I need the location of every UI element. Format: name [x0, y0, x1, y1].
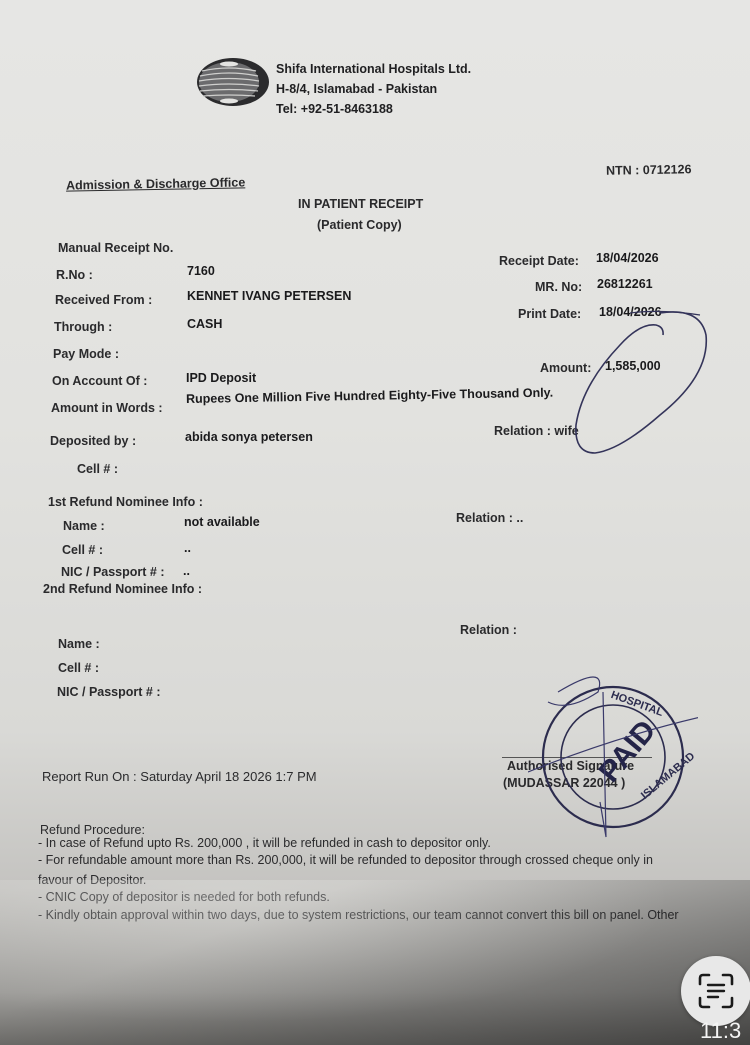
receipt-date-value: 18/04/2026 [596, 251, 659, 265]
nominee1-nic-value: .. [183, 564, 190, 578]
nominee1-relation: Relation : .. [456, 511, 523, 525]
signature-name: (MUDASSAR 22044 ) [503, 776, 625, 790]
relation-label: Relation : wife [494, 424, 579, 438]
signature-line [502, 757, 652, 758]
nominee1-cell-value: .. [184, 541, 191, 555]
hospital-tel: Tel: +92-51-8463188 [276, 99, 393, 119]
cell-label: Cell # : [77, 462, 118, 476]
amount-words-label: Amount in Words : [51, 401, 163, 415]
rno-value: 7160 [187, 264, 215, 278]
text-scan-button[interactable] [681, 956, 750, 1026]
on-account-label: On Account Of : [52, 374, 147, 388]
on-account-value: IPD Deposit [186, 371, 256, 385]
received-from-label: Received From : [55, 293, 152, 307]
mr-no-value: 26812261 [597, 277, 653, 291]
received-from-value: KENNET IVANG PETERSEN [187, 289, 351, 303]
deposited-by-label: Deposited by : [50, 434, 136, 448]
nominee2-name-label: Name : [58, 637, 100, 651]
signature-title: Authorised Signature [507, 759, 634, 773]
refund-line-4: - CNIC Copy of depositor is needed for b… [38, 888, 330, 907]
refund-line-5: - Kindly obtain approval within two days… [38, 906, 679, 925]
through-label: Through : [54, 320, 112, 334]
receipt-subtitle: (Patient Copy) [317, 218, 402, 232]
rno-label: R.No : [56, 268, 93, 282]
receipt-date-label: Receipt Date: [499, 254, 579, 268]
nominee2-relation: Relation : [460, 623, 517, 637]
nominee1-nic-label: NIC / Passport # : [61, 565, 165, 579]
nominee2-heading: 2nd Refund Nominee Info : [43, 582, 202, 596]
hospital-address: H-8/4, Islamabad - Pakistan [276, 79, 437, 99]
print-date-value: 18/04/2026 [599, 305, 662, 319]
amount-value: 1,585,000 [605, 359, 661, 373]
nominee1-heading: 1st Refund Nominee Info : [48, 495, 203, 509]
pay-mode-label: Pay Mode : [53, 347, 119, 361]
manual-receipt-label: Manual Receipt No. [58, 241, 173, 255]
mr-no-label: MR. No: [535, 280, 582, 294]
nominee2-nic-label: NIC / Passport # : [57, 685, 161, 699]
globe-logo-icon [196, 57, 270, 107]
refund-line-2: - For refundable amount more than Rs. 20… [38, 851, 653, 870]
amount-label: Amount: [540, 361, 591, 375]
nominee1-name-label: Name : [63, 519, 105, 533]
svg-text:HOSPITAL: HOSPITAL [609, 689, 665, 719]
nominee1-cell-label: Cell # : [62, 543, 103, 557]
amount-words-value: Rupees One Million Five Hundred Eighty-F… [186, 386, 553, 406]
through-value: CASH [187, 317, 222, 331]
print-date-label: Print Date: [518, 307, 581, 321]
nominee2-cell-label: Cell # : [58, 661, 99, 675]
handwritten-circle-icon [560, 295, 730, 465]
office-title: Admission & Discharge Office [66, 175, 245, 192]
nominee1-name-value: not available [184, 515, 260, 529]
receipt-title: IN PATIENT RECEIPT [298, 197, 423, 211]
ntn-number: NTN : 0712126 [606, 162, 692, 177]
clock-fragment: 11:3 [700, 1018, 741, 1044]
hospital-name: Shifa International Hospitals Ltd. [276, 59, 471, 79]
deposited-by-value: abida sonya petersen [185, 430, 313, 444]
text-scan-icon [697, 972, 735, 1010]
report-run-on: Report Run On : Saturday April 18 2026 1… [42, 769, 317, 784]
